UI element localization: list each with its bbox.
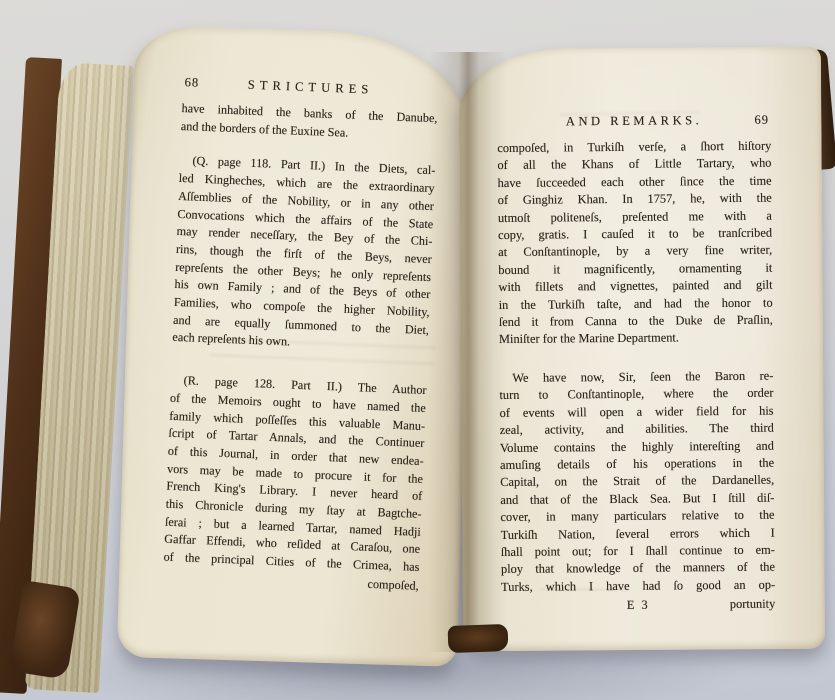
left-paragraph-1: have inhabited the banks of the Danube,a… [181, 100, 438, 146]
left-page-text: 68 STRICTURES have inhabited the banks o… [162, 74, 438, 595]
text-line: turn to Conſtantinople, where the order [499, 385, 773, 405]
text-line: of Ginghiz Khan. In 1757, he, with the [498, 190, 772, 210]
book-gutter-shadow [428, 52, 508, 652]
leather-gutter-bottom [448, 624, 509, 653]
text-line: zeal, activity, and abilities. The third [500, 420, 774, 440]
page-number-left: 68 [184, 74, 199, 92]
right-paragraph-2: We have now, Sir, ſeen the Baron re-turn… [499, 367, 775, 596]
right-catchword: portunity [650, 596, 776, 615]
text-line: ſend it from Canna to the Duke de Praſli… [499, 312, 773, 332]
text-line: Miniſter for the Marine Department. [499, 329, 773, 349]
left-paragraph-2: (Q. page 118. Part II.) In the Diets, ca… [172, 152, 436, 357]
text-line: with fillets and vignettes, painted and … [498, 277, 772, 297]
text-line: at Conſtantinople, by a very fine writer… [498, 242, 772, 262]
right-page-text: AND REMARKS. 69 compoſed, in Turkiſh ver… [497, 112, 775, 616]
text-line: Capital, on the Strait of the Dardanelle… [500, 472, 774, 492]
text-line: of all the Khans of Little Tartary, who [497, 155, 771, 175]
right-signature-row: E 3 portunity [501, 596, 775, 616]
text-line: ploy that knowledge of the manners of th… [501, 559, 775, 579]
left-paragraph-3: (R. page 128. Part II.) The Authorof the… [163, 372, 427, 577]
right-running-header-row: AND REMARKS. 69 [497, 112, 771, 131]
text-line: Turks, which I have had ſo good an op- [501, 576, 775, 596]
text-line: Volume contains the highly intereſting a… [500, 437, 774, 457]
signature-spacer [501, 597, 627, 616]
page-number-right: 69 [754, 112, 769, 130]
signature-mark: E 3 [627, 597, 650, 615]
running-header-and-remarks: AND REMARKS. [497, 112, 771, 132]
text-line: cover, in many particulars relative to t… [500, 507, 774, 527]
right-paragraph-1: compoſed, in Turkiſh verſe, a ſhort hiſt… [497, 138, 773, 349]
